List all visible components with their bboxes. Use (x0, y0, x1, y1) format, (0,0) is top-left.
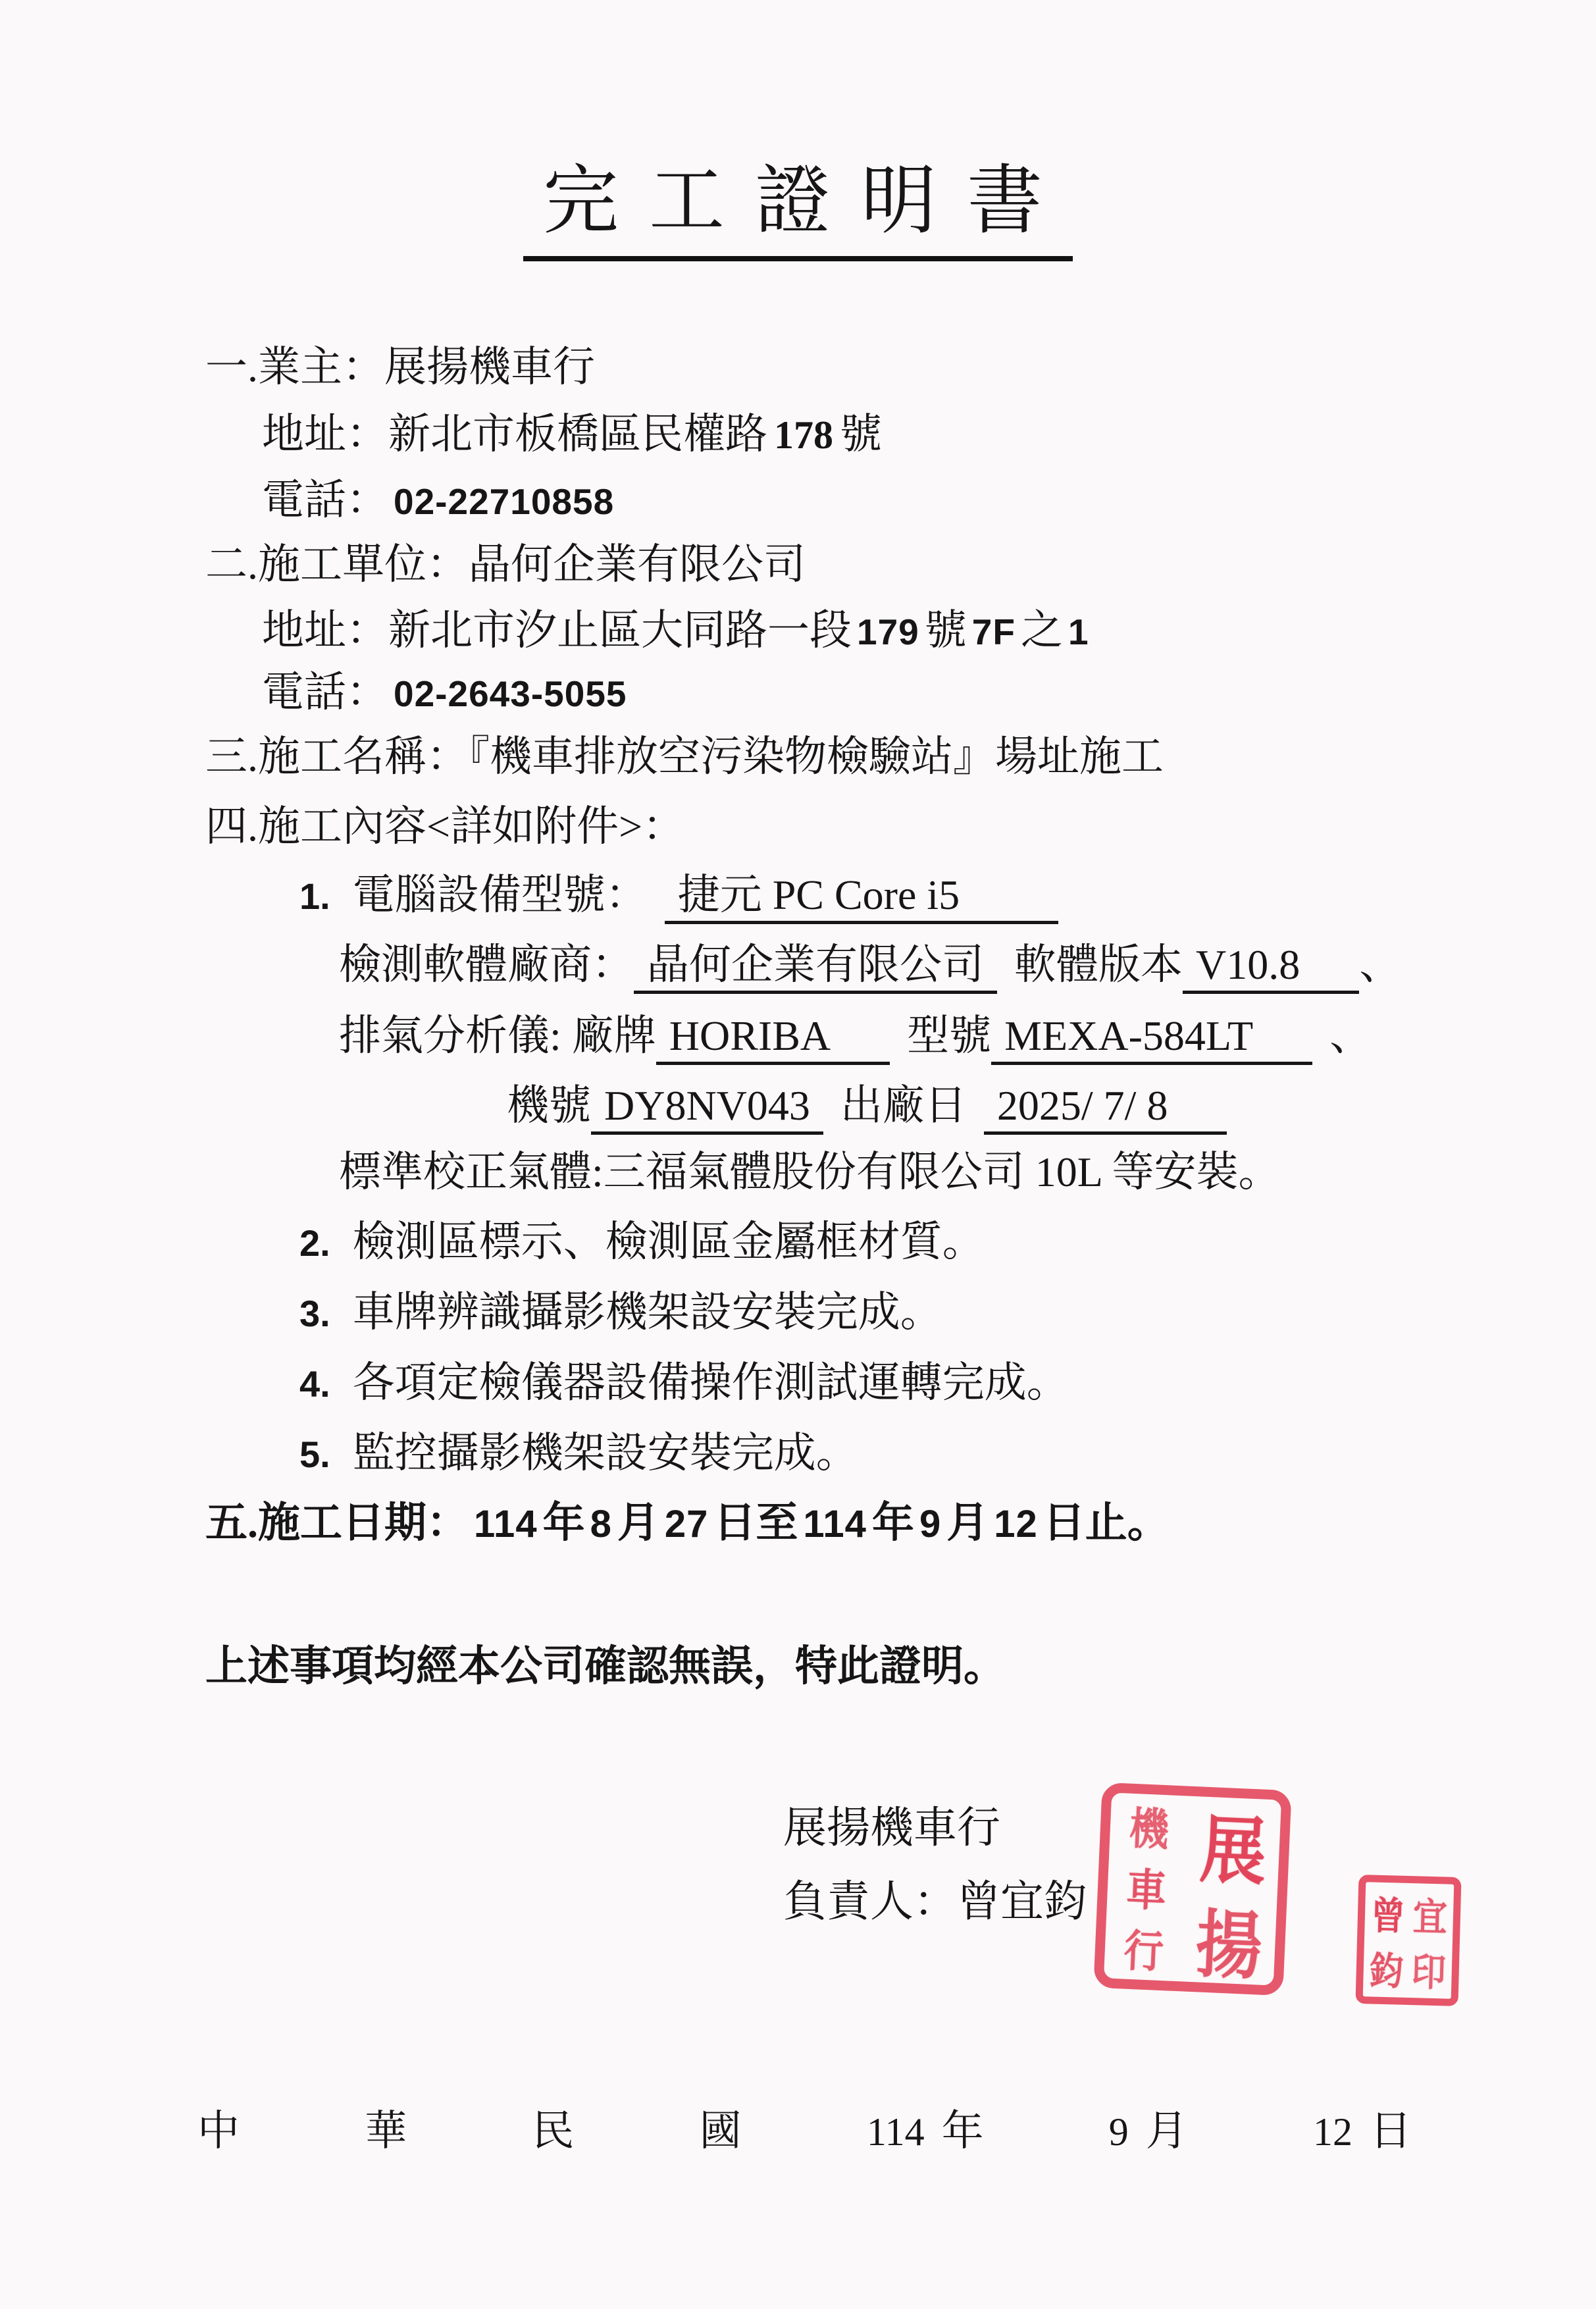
item-5-number: 5. (299, 1434, 330, 1475)
roc-day-group: 12 日 (1313, 2097, 1412, 2158)
item-4-text: 各項定檢儀器設備操作測試運轉完成。 (353, 1359, 1069, 1406)
owner-phone-line: 電話：02-22710858 (262, 475, 619, 526)
roc-char: 民 (532, 2097, 574, 2158)
computer-model-value: 捷元 PC Core i5 (665, 873, 1058, 924)
contractor-address-mid: 號 (925, 607, 967, 654)
company-seal-char: 車 (1125, 1855, 1168, 1920)
contractor-heading: 二.施工單位：晶何企業有限公司 (205, 540, 806, 590)
contractor-address-number: 179 (857, 611, 919, 652)
company-seal-char: 揚 (1194, 1885, 1264, 1994)
item-1-label: 電腦設備型號： (353, 871, 648, 918)
work-item-1-line-3: 排氣分析儀: 廠牌HORIBA型號MEXA-584LT、 (339, 1011, 1372, 1065)
contractor-phone-label: 電話： (262, 669, 388, 715)
company-seal: 展 揚 機 車 行 (1093, 1782, 1291, 1996)
project-name-line: 三.施工名稱：『機車排放空污染物檢驗站』場址施工 (205, 732, 1164, 783)
work-item-1-line-4: 機號DY8NV043出廠日2025/ 7/ 8 (507, 1081, 1227, 1135)
company-seal-right-column: 展 揚 (1187, 1796, 1275, 1986)
work-item-3: 3.車牌辨識攝影機架設安裝完成。 (299, 1287, 942, 1338)
owner-address-number: 178 (774, 413, 833, 457)
roc-month: 9 (1109, 2110, 1129, 2155)
serial-value: DY8NV043 (591, 1083, 823, 1135)
certificate-page: 完工證明書 一.業主：展揚機車行 地址：新北市板橋區民權路178號 電話：02-… (0, 0, 1596, 2309)
roc-year: 114 (867, 2110, 925, 2155)
confirmation-statement-text: 上述事項均經本公司確認無誤，特此證明。 (205, 1643, 1006, 1690)
start-year: 114 (474, 1503, 538, 1545)
item-2-number: 2. (299, 1222, 330, 1264)
contractor-heading-text: 二.施工單位：晶何企業有限公司 (205, 541, 806, 588)
personal-seal-char: 曾 (1370, 1884, 1406, 1940)
certificate-title: 完工證明書 (523, 140, 1073, 261)
end-month-unit: 月 (946, 1499, 989, 1546)
work-content-heading-text: 四.施工內容<詳如附件>： (205, 803, 684, 850)
analyzer-model-label: 型號 (907, 1012, 991, 1059)
personal-seal-grid: 曾 宜 鈞 印 (1365, 1884, 1452, 1996)
owner-address-text: 新北市板橋區民權路 (388, 411, 767, 457)
personal-seal: 曾 宜 鈞 印 (1355, 1875, 1461, 2006)
end-month: 9 (919, 1503, 941, 1545)
work-item-1-line-5: 標準校正氣體:三福氣體股份有限公司 10L 等安裝。 (339, 1147, 1281, 1198)
owner-address-line: 地址：新北市板橋區民權路178號 (262, 409, 882, 460)
work-content-heading: 四.施工內容<詳如附件>： (205, 802, 684, 852)
company-seal-char: 行 (1123, 1916, 1165, 1981)
work-item-4: 4.各項定檢儀器設備操作測試運轉完成。 (299, 1358, 1069, 1409)
roc-char: 華 (365, 2097, 407, 2158)
personal-seal-char: 鈞 (1369, 1939, 1404, 1995)
item-1-number: 1. (299, 875, 330, 917)
contractor-address-line: 地址：新北市汐止區大同路一段179號7F之1 (262, 606, 1094, 656)
representative-label: 負責人： (783, 1878, 957, 1926)
owner-phone-number: 02-22710858 (394, 481, 614, 522)
date-connector: 日至 (713, 1499, 798, 1546)
work-item-1-line-2: 檢測軟體廠商：晶何企業有限公司軟體版本V10.8、 (339, 940, 1401, 994)
ship-date-label: 出廠日 (840, 1082, 967, 1129)
ship-date-value: 2025/ 7/ 8 (984, 1083, 1227, 1135)
calibration-gas-text: 標準校正氣體:三福氣體股份有限公司 10L 等安裝。 (339, 1149, 1281, 1195)
software-version-value: V10.8 (1183, 943, 1359, 994)
roc-date-footer: 中 華 民 國 114 年 9 月 12 日 (197, 2097, 1412, 2158)
roc-month-group: 9 月 (1109, 2097, 1188, 2158)
personal-seal-char: 印 (1411, 1940, 1447, 1996)
company-seal-char: 機 (1128, 1793, 1170, 1858)
software-version-label: 軟體版本 (1014, 941, 1183, 988)
owner-heading-text: 一.業主：展揚機車行 (205, 344, 595, 390)
software-vendor-value: 晶何企業有限公司 (634, 943, 997, 994)
owner-address-suffix: 號 (840, 411, 882, 457)
line-3-tail: 、 (1329, 1012, 1372, 1059)
start-day: 27 (665, 1503, 709, 1545)
roc-char: 中 (197, 2097, 240, 2158)
company-seal-char: 展 (1198, 1790, 1269, 1899)
end-day: 12 (994, 1503, 1038, 1545)
roc-char: 國 (700, 2097, 742, 2158)
roc-day-unit: 日 (1370, 2097, 1412, 2158)
contractor-address-text: 新北市汐止區大同路一段 (388, 607, 852, 654)
signature-company: 展揚機車行 (783, 1802, 1000, 1854)
start-month: 8 (590, 1503, 612, 1545)
item-3-text: 車牌辨識攝影機架設安裝完成。 (353, 1289, 942, 1336)
roc-year-group: 114 年 (867, 2097, 984, 2158)
start-year-unit: 年 (543, 1499, 585, 1546)
construction-date-line: 五.施工日期：114年8月27日至114年9月12日止。 (205, 1498, 1170, 1549)
signature-representative: 負責人：曾宜鈞 (783, 1876, 1087, 1928)
line-2-tail: 、 (1359, 941, 1401, 988)
contractor-phone-line: 電話：02-2643-5055 (262, 667, 632, 718)
work-item-2: 2.檢測區標示、檢測區金屬框材質。 (299, 1217, 985, 1268)
software-vendor-label: 檢測軟體廠商： (339, 941, 634, 988)
contractor-address-floor: 7F (972, 611, 1016, 652)
owner-phone-label: 電話： (262, 477, 388, 523)
representative-name: 曾宜鈞 (957, 1878, 1087, 1926)
end-year-unit: 年 (872, 1499, 914, 1546)
start-month-unit: 月 (617, 1499, 659, 1546)
confirmation-statement: 上述事項均經本公司確認無誤，特此證明。 (205, 1642, 1006, 1692)
end-year: 114 (803, 1503, 867, 1545)
project-name-text: 三.施工名稱：『機車排放空污染物檢驗站』場址施工 (205, 733, 1164, 780)
roc-day: 12 (1313, 2110, 1352, 2155)
work-item-1-line-1: 1.電腦設備型號：捷元 PC Core i5 (299, 870, 1058, 924)
work-item-5: 5.監控攝影機架設安裝完成。 (299, 1428, 858, 1479)
personal-seal-char: 宜 (1412, 1885, 1448, 1941)
item-2-text: 檢測區標示、檢測區金屬框材質。 (353, 1218, 985, 1265)
item-3-number: 3. (299, 1293, 330, 1334)
date-label: 五.施工日期： (205, 1499, 469, 1546)
analyzer-brand-label: 排氣分析儀: 廠牌 (339, 1012, 656, 1059)
owner-heading: 一.業主：展揚機車行 (205, 342, 595, 393)
owner-address-label: 地址： (262, 411, 388, 457)
contractor-address-unit: 1 (1068, 611, 1089, 652)
signature-company-name: 展揚機車行 (783, 1804, 1000, 1852)
contractor-address-zhi: 之 (1021, 607, 1063, 654)
roc-year-unit: 年 (942, 2097, 984, 2158)
date-tail: 日止。 (1043, 1499, 1170, 1546)
roc-month-unit: 月 (1146, 2097, 1188, 2158)
title-row: 完工證明書 (0, 140, 1596, 261)
analyzer-brand-value: HORIBA (656, 1014, 890, 1065)
analyzer-model-value: MEXA-584LT (991, 1014, 1312, 1065)
contractor-address-label: 地址： (262, 607, 388, 654)
item-4-number: 4. (299, 1363, 330, 1405)
company-seal-left-column: 機 車 行 (1111, 1794, 1182, 1981)
contractor-phone-number: 02-2643-5055 (394, 673, 627, 714)
item-5-text: 監控攝影機架設安裝完成。 (353, 1430, 858, 1476)
serial-label: 機號 (507, 1082, 591, 1129)
